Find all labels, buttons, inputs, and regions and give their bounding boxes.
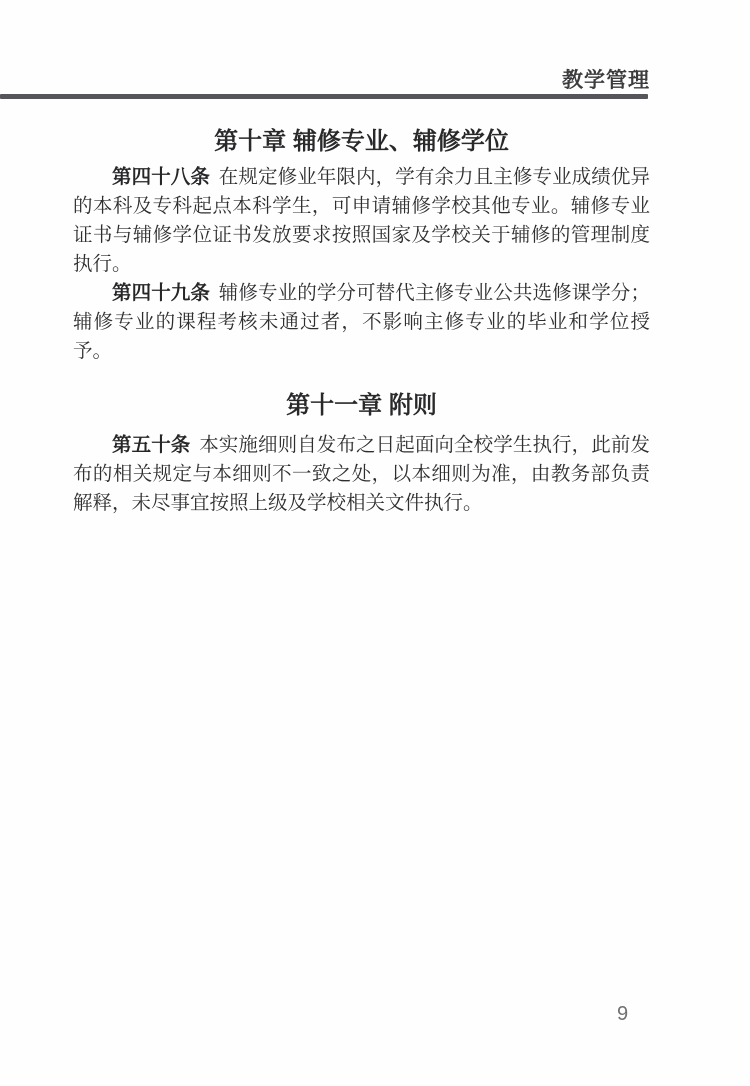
page-content: 第十章 辅修专业、辅修学位 第四十八条在规定修业年限内，学有余力且主修专业成绩优…: [73, 125, 650, 518]
header-rule: [0, 94, 648, 99]
article-49-paragraph: 第四十九条辅修专业的学分可替代主修专业公共选修课学分；辅修专业的课程考核未通过者…: [73, 279, 650, 366]
article-48-paragraph: 第四十八条在规定修业年限内，学有余力且主修专业成绩优异的本科及专科起点本科学生，…: [73, 163, 650, 279]
article-50-label: 第五十条: [112, 434, 190, 456]
document-page: 教学管理 第十章 辅修专业、辅修学位 第四十八条在规定修业年限内，学有余力且主修…: [0, 0, 750, 1086]
page-number: 9: [617, 1003, 628, 1025]
running-header-title: 教学管理: [0, 68, 650, 93]
chapter-10-title: 第十章 辅修专业、辅修学位: [73, 125, 650, 159]
article-50-paragraph: 第五十条本实施细则自发布之日起面向全校学生执行，此前发布的相关规定与本细则不一致…: [73, 431, 650, 518]
article-48-label: 第四十八条: [112, 166, 210, 188]
chapter-11-title: 第十一章 附则: [73, 389, 650, 423]
article-49-label: 第四十九条: [112, 282, 210, 304]
